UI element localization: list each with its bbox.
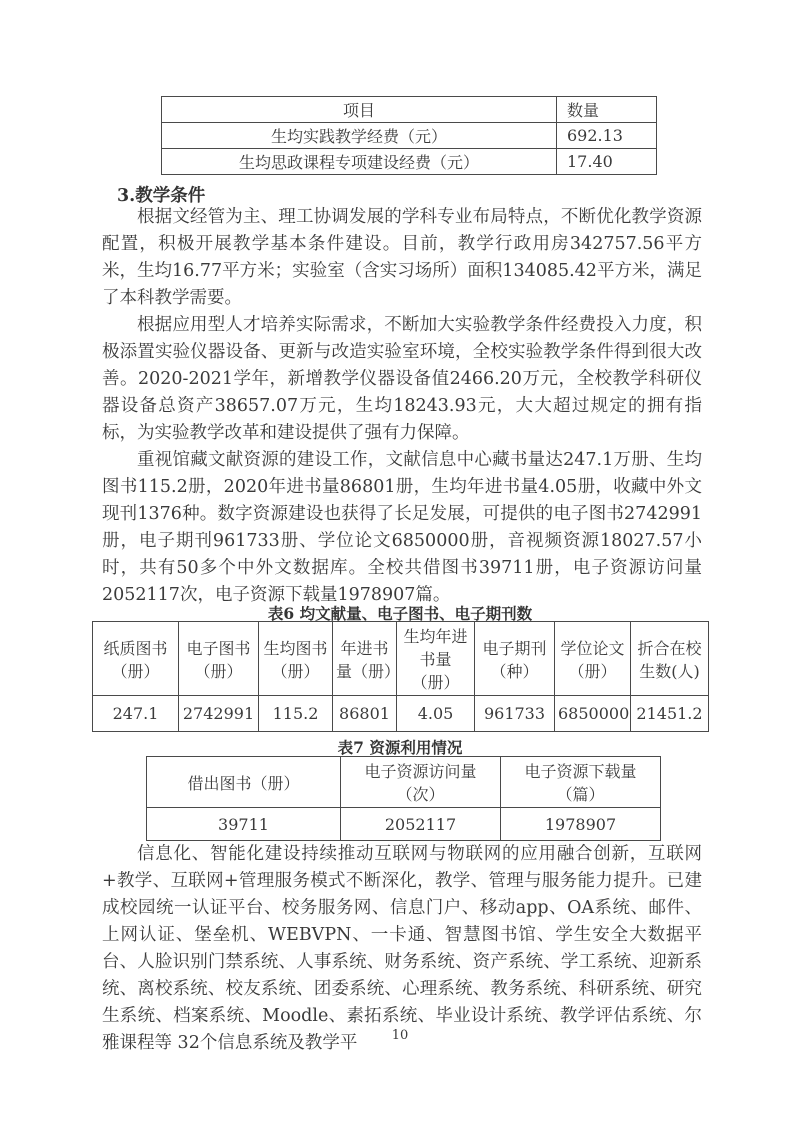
table6-value-cell: 247.1	[93, 696, 179, 732]
document-page: 项目 数量 生均实践教学经费（元） 692.13 生均思政课程专项建设经费（元）…	[0, 0, 800, 1139]
table7-caption: 表7 资源利用情况	[0, 736, 800, 758]
funding-header-quantity: 数量	[557, 97, 657, 123]
table6-header-cell: 学位论文（册）	[555, 622, 631, 696]
table-header-row: 项目 数量	[162, 97, 657, 123]
table6-value-cell: 115.2	[259, 696, 333, 732]
funding-row-item: 生均实践教学经费（元）	[162, 123, 557, 149]
table-row: 生均实践教学经费（元） 692.13	[162, 123, 657, 149]
table6-value-cell: 86801	[333, 696, 397, 732]
funding-row-value: 17.40	[557, 149, 657, 175]
table7-header-cell: 电子资源下载量（篇）	[501, 757, 661, 808]
table7-value-cell: 2052117	[341, 808, 501, 841]
table6-header-cell: 纸质图书（册）	[93, 622, 179, 696]
table-header-row: 借出图书（册） 电子资源访问量（次） 电子资源下载量（篇）	[147, 757, 661, 808]
table-row: 生均思政课程专项建设经费（元） 17.40	[162, 149, 657, 175]
paragraph-library-resources: 重视馆藏文献资源的建设工作，文献信息中心藏书量达247.1万册、生均图书115.…	[102, 447, 702, 609]
table6-value-cell: 4.05	[397, 696, 475, 732]
page-number: 10	[0, 1028, 800, 1043]
resource-usage-table: 借出图书（册） 电子资源访问量（次） 电子资源下载量（篇） 39711 2052…	[146, 756, 660, 841]
funding-table: 项目 数量 生均实践教学经费（元） 692.13 生均思政课程专项建设经费（元）…	[161, 96, 656, 175]
funding-row-value: 692.13	[557, 123, 657, 149]
table6-header-cell: 年进书量（册）	[333, 622, 397, 696]
table6-value-cell: 6850000	[555, 696, 631, 732]
table7-value-cell: 1978907	[501, 808, 661, 841]
table6-header-cell: 电子期刊（种）	[475, 622, 555, 696]
table6-value-cell: 2742991	[179, 696, 259, 732]
table-row: 39711 2052117 1978907	[147, 808, 661, 841]
funding-header-item: 项目	[162, 97, 557, 123]
table7-value-cell: 39711	[147, 808, 341, 841]
funding-row-item: 生均思政课程专项建设经费（元）	[162, 149, 557, 175]
paragraph-lab-equipment: 根据应用型人才培养实际需求，不断加大实验教学条件经费投入力度，积极添置实验仪器设…	[102, 312, 702, 447]
paragraph-information-systems: 信息化、智能化建设持续推动互联网与物联网的应用融合创新，互联网+教学、互联网+管…	[102, 841, 702, 1057]
table6-value-cell: 21451.2	[631, 696, 709, 732]
table6-header-cell: 生均图书（册）	[259, 622, 333, 696]
table7-header-cell: 借出图书（册）	[147, 757, 341, 808]
documents-table: 纸质图书（册） 电子图书（册） 生均图书（册） 年进书量（册） 生均年进书量（册…	[92, 621, 708, 732]
table6-header-cell: 折合在校生数(人)	[631, 622, 709, 696]
table6-value-cell: 961733	[475, 696, 555, 732]
table6-header-cell: 生均年进书量（册）	[397, 622, 475, 696]
table7-header-cell: 电子资源访问量（次）	[341, 757, 501, 808]
paragraph-teaching-space: 根据文经管为主、理工协调发展的学科专业布局特点，不断优化教学资源配置，积极开展教…	[102, 204, 702, 312]
table6-header-cell: 电子图书（册）	[179, 622, 259, 696]
table-header-row: 纸质图书（册） 电子图书（册） 生均图书（册） 年进书量（册） 生均年进书量（册…	[93, 622, 709, 696]
table-row: 247.1 2742991 115.2 86801 4.05 961733 68…	[93, 696, 709, 732]
